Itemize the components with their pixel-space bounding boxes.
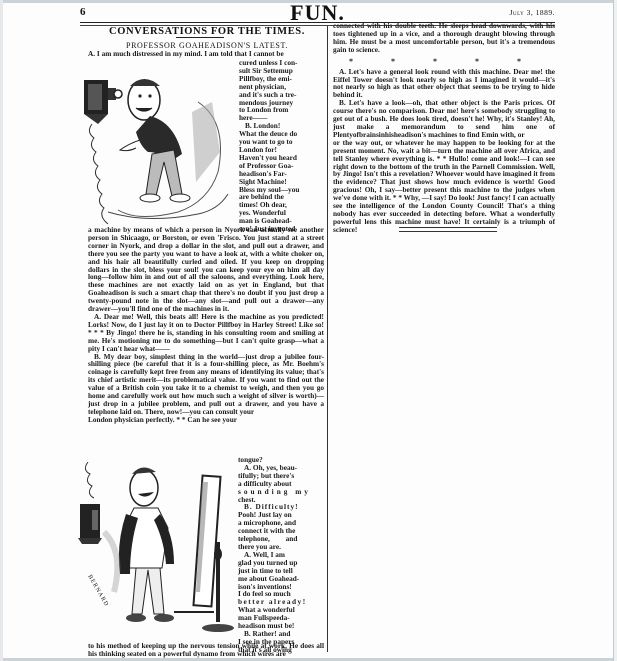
column-divider <box>327 26 328 652</box>
left-dialogue-wrap: tongue? A. Oh, yes, beau- tifully; but t… <box>238 456 324 654</box>
paragraph-text: to his method of keeping up the nervous … <box>88 642 324 658</box>
illustration-man-at-machine <box>78 62 238 227</box>
left-final-lines: to his method of keeping up the nervous … <box>88 642 324 658</box>
paragraph-text: or the way out, or whatever he may happe… <box>333 139 555 234</box>
paragraph-text: A. Let's have a general look round with … <box>333 68 555 100</box>
headline-rule <box>176 37 224 38</box>
paragraph-line: A. I am much distressed in my mind. I am… <box>88 50 324 58</box>
left-paragraph-2-body: a machine by means of which a person in … <box>88 226 324 424</box>
paragraph-text: B. My dear boy, simplest thing in the wo… <box>88 353 324 416</box>
section-break-stars: * * * * * <box>333 58 555 66</box>
left-paragraph-1-opening: A. I am much distressed in my mind. I am… <box>88 50 324 58</box>
illustration-man-before-mirror <box>74 462 234 640</box>
paragraph-text: B. Let's have a look—oh, that other obje… <box>333 99 555 139</box>
paragraph-text: A. Dear me! Well, this beats all! Here i… <box>88 313 324 353</box>
article-end-rule <box>399 227 497 232</box>
issue-date: July 3, 1889. <box>510 8 555 17</box>
left-paragraph-1-wrap: cured unless I con- sult Sir Settemup Pi… <box>239 59 325 233</box>
paragraph-text: London physician perfectly. * * Can he s… <box>88 416 324 424</box>
article-headline: CONVERSATIONS FOR THE TIMES. <box>88 26 326 37</box>
masthead: 6 FUN. July 3, 1889. <box>80 4 555 20</box>
paragraph-text: a machine by means of which a person in … <box>88 226 324 313</box>
frame-left-edge <box>0 0 3 661</box>
paragraph-text: connected with his double teeth. He slee… <box>333 22 555 54</box>
right-column-text: connected with his double teeth. He slee… <box>333 22 555 234</box>
